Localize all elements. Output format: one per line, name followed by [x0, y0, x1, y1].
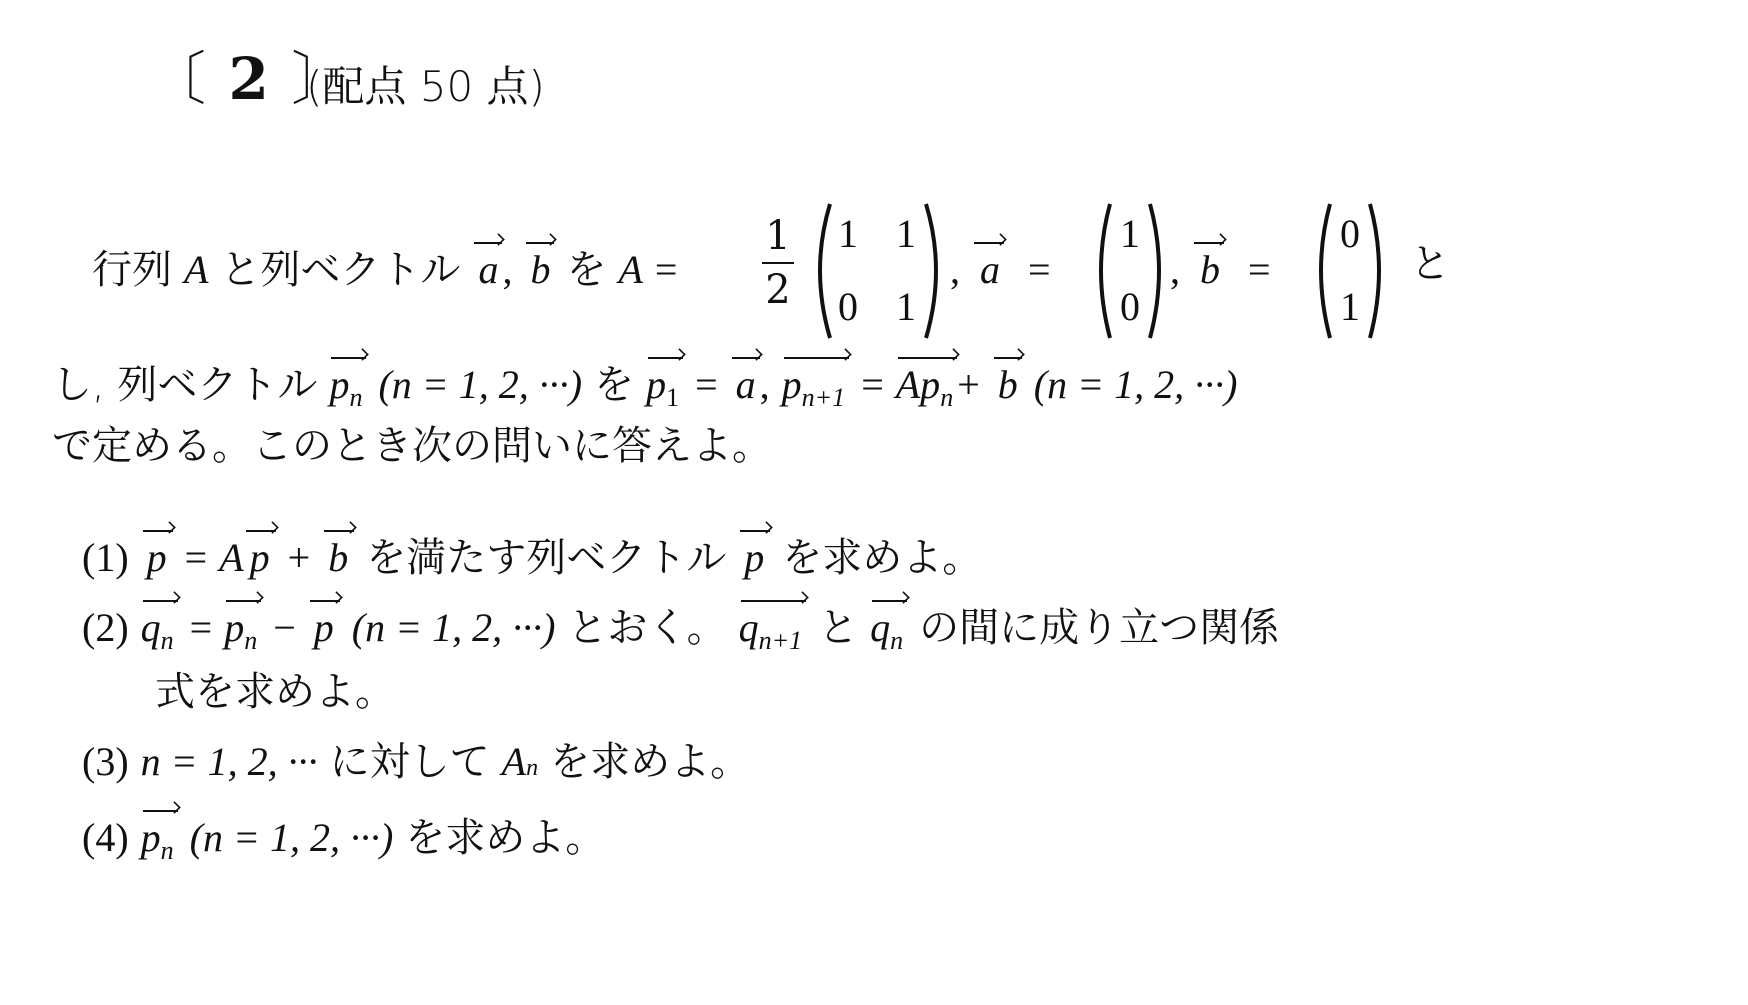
comma: ,	[950, 246, 960, 294]
intro-line-1-mid: , a =	[950, 240, 1051, 294]
subscript-n: n	[161, 626, 174, 655]
bracket-open: 〔	[148, 45, 206, 113]
vector-cell: 0	[1340, 210, 1360, 257]
vector-q-n: qn	[870, 598, 907, 665]
equals: =	[861, 361, 884, 409]
comma: ,	[1170, 246, 1180, 294]
p: p	[782, 362, 802, 407]
matrix-parens-icon	[808, 198, 948, 343]
vector-p: p	[308, 598, 340, 652]
equals: =	[1248, 246, 1271, 294]
matrix-A: A	[219, 534, 243, 582]
subscript-n: n	[244, 626, 257, 655]
question-text: を求めよ。	[782, 534, 982, 582]
matrix-cell: 0	[838, 283, 858, 330]
fraction-half: 1 2	[762, 214, 794, 312]
subscript-n: n	[940, 383, 953, 412]
subscript-1: 1	[666, 383, 679, 412]
intro-line-1: 行列 A と列ベクトル a , b を A =	[92, 240, 677, 294]
vector-a-column: 1 0	[1090, 198, 1170, 343]
vector-p: p	[141, 528, 173, 582]
text-wo: を	[566, 246, 606, 294]
vector-p: p	[244, 528, 276, 582]
range-n: (n = 1, 2, ···)	[352, 604, 556, 652]
vector-p-n: pn	[224, 598, 261, 665]
question-4: (4) pn (n = 1, 2, ···) を求めよ。	[82, 808, 605, 875]
question-text: を求めよ。	[405, 814, 605, 862]
range-n: (n = 1, 2, ···)	[1034, 361, 1238, 409]
subscript-n-plus-1: n+1	[802, 383, 846, 412]
question-2-continued: 式を求めよ。	[155, 668, 395, 716]
problem-number: 2	[228, 45, 268, 113]
matrix-cell: 1	[896, 210, 916, 257]
vector-p-n: pn	[329, 355, 366, 422]
text-wo: を	[594, 361, 634, 409]
vector-p-n: pn	[141, 808, 178, 875]
minus: −	[273, 604, 296, 652]
p: p	[329, 362, 349, 407]
vector-A-p-n: Apn	[896, 355, 957, 422]
vector-b: b	[992, 355, 1022, 409]
subscript-n: n	[349, 383, 362, 412]
question-text: の間に成り立つ関係	[919, 604, 1279, 652]
vector-b: b	[1192, 240, 1224, 294]
p: p	[646, 362, 666, 407]
equals: =	[190, 604, 213, 652]
intro-line-1-mid2: , b =	[1170, 240, 1271, 294]
matrix-A: A	[184, 246, 208, 294]
comma: ,	[502, 246, 512, 294]
question-text: に対して	[330, 738, 490, 786]
vector-a: a	[472, 240, 502, 294]
vector-a: a	[730, 355, 760, 409]
range-n: (n = 1, 2, ···)	[190, 814, 394, 862]
matrix-A: A	[502, 738, 526, 786]
intro-line-2: し, 列ベクトル pn (n = 1, 2, ···) を p1 = a , p…	[52, 355, 1237, 422]
fraction-numerator: 1	[762, 214, 794, 258]
matrix-A-2: A	[618, 246, 642, 294]
range-n: (n = 1, 2, ···)	[378, 361, 582, 409]
comma: ,	[760, 361, 770, 409]
subscript-n-plus-1: n+1	[759, 626, 803, 655]
question-text: を求めよ。	[550, 738, 750, 786]
matrix-cell: 1	[896, 283, 916, 330]
equals: =	[655, 246, 678, 294]
Ap: Ap	[896, 362, 940, 407]
text-shi-column-vector: し, 列ベクトル	[52, 361, 317, 409]
exponent-n: n	[526, 744, 538, 792]
vector-p: p	[738, 528, 770, 582]
vector-cell: 1	[1340, 283, 1360, 330]
vector-cell: 0	[1120, 283, 1140, 330]
plus: +	[957, 361, 980, 409]
vector-b: b	[524, 240, 554, 294]
vector-p-n-plus-1: pn+1	[782, 355, 850, 422]
vector-a: a	[972, 240, 1004, 294]
subscript-n: n	[161, 836, 174, 865]
question-text: と	[818, 604, 858, 652]
subscript-n: n	[890, 626, 903, 655]
question-text: を満たす列ベクトル	[366, 534, 726, 582]
text-to: と	[1410, 240, 1450, 288]
range-n: n = 1, 2, ···	[141, 738, 318, 786]
vector-b-column: 0 1	[1310, 198, 1390, 343]
question-label: (2)	[82, 604, 129, 652]
vector-q-n-plus-1: qn+1	[739, 598, 807, 665]
equals: =	[695, 361, 718, 409]
question-3: (3) n = 1, 2, ··· に対して An を求めよ。	[82, 738, 750, 792]
equals: =	[1028, 246, 1051, 294]
question-label: (4)	[82, 814, 129, 862]
question-text: とおく。	[567, 604, 726, 652]
equals: =	[185, 534, 208, 582]
vector-cell: 1	[1120, 210, 1140, 257]
vector-p-1: p1	[646, 355, 683, 422]
intro-line-3: で定める。このとき次の問いに答えよ。	[52, 422, 772, 470]
text-column-vector: と列ベクトル	[220, 246, 460, 294]
score-note: (配点 50 点)	[306, 62, 545, 112]
question-label: (3)	[82, 738, 129, 786]
vector-b: b	[322, 528, 354, 582]
question-1: (1) p = A p + b を満たす列ベクトル p を求めよ。	[82, 528, 982, 582]
matrix-A-body: 1 1 0 1	[808, 198, 948, 343]
vector-q-n: qn	[141, 598, 178, 665]
plus: +	[288, 534, 311, 582]
fraction-denominator: 2	[762, 268, 794, 312]
question-2: (2) qn = pn − p (n = 1, 2, ···) とおく。 qn+…	[82, 598, 1279, 665]
text-gyoretsu: 行列	[92, 246, 172, 294]
matrix-cell: 1	[838, 210, 858, 257]
question-label: (1)	[82, 534, 129, 582]
